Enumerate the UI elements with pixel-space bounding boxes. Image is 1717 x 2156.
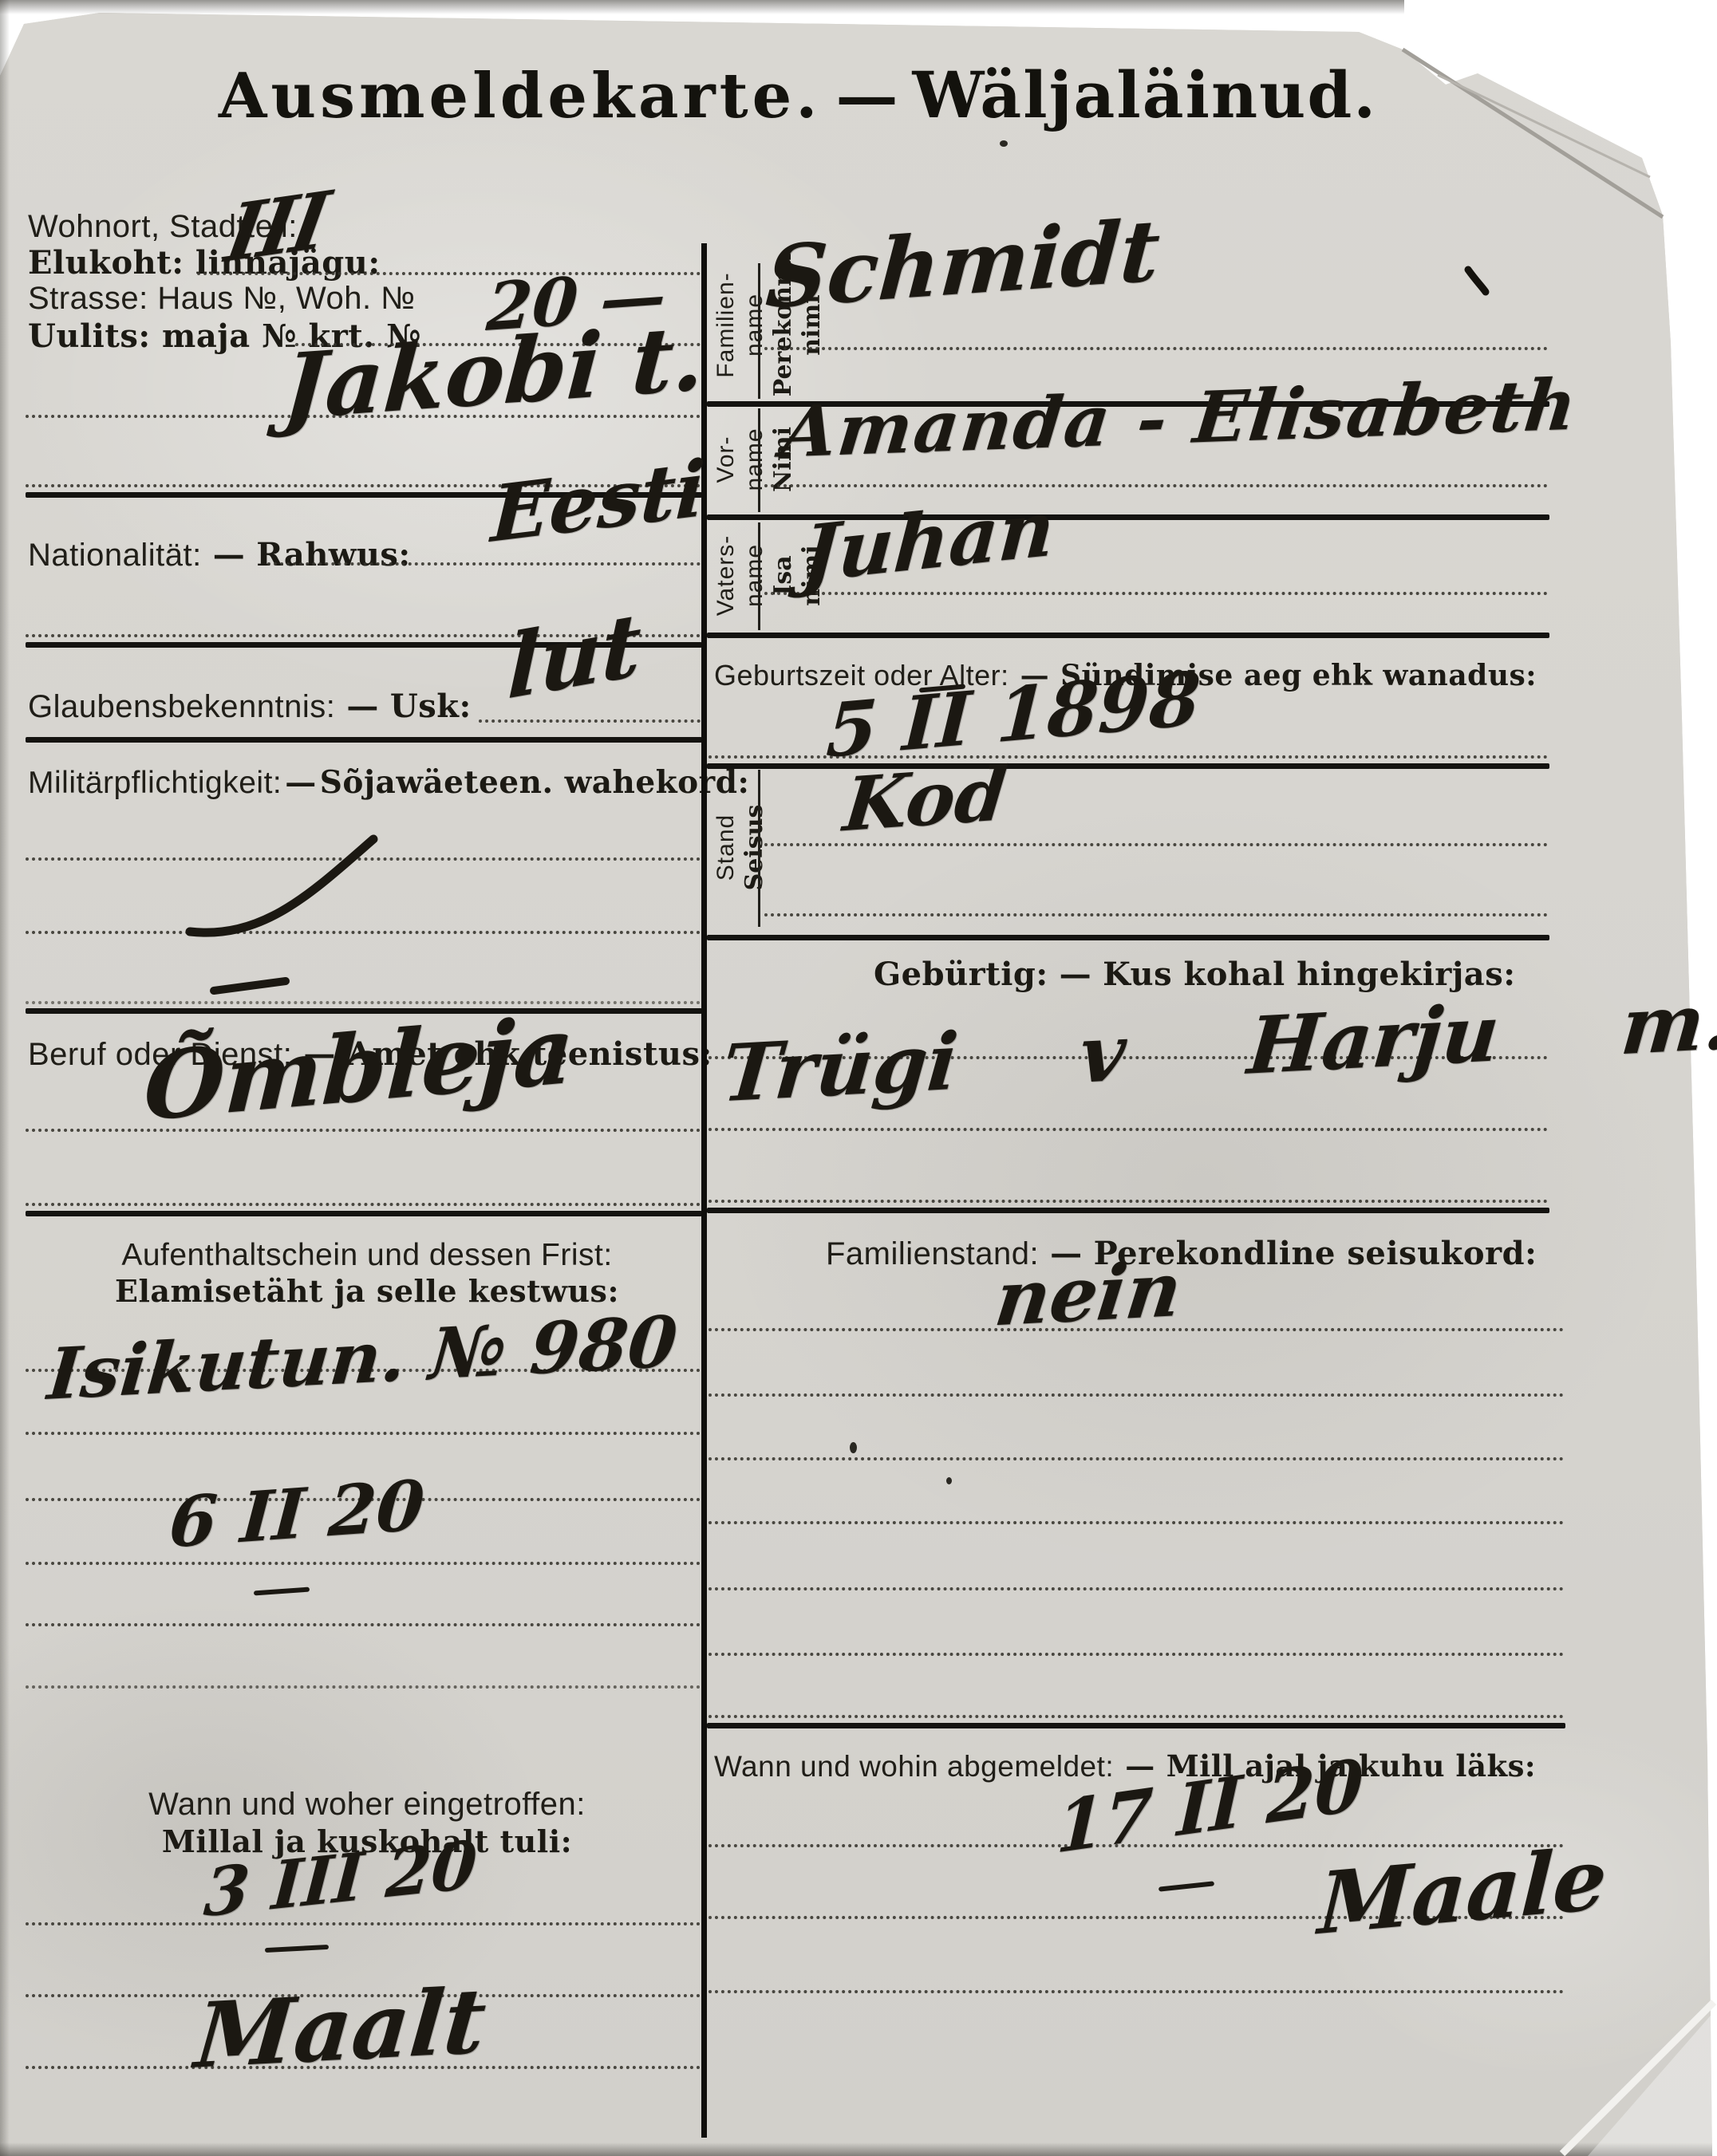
rule (758, 263, 760, 399)
arrival-label-de: Wann und woher eingetroffen: (80, 1787, 654, 1823)
rule (26, 1922, 701, 1925)
speck (1000, 140, 1008, 147)
title-estonian: Wäljaläinud. (912, 57, 1377, 132)
rule (26, 1432, 701, 1435)
rule (764, 484, 1548, 487)
rule (26, 1129, 701, 1132)
rule (709, 1200, 1548, 1203)
origin-label: Gebürtig:—Kus kohal hingekirjas: (874, 956, 1516, 993)
religion-label: Glaubensbekenntnis:—Usk: (28, 688, 472, 725)
rule (709, 1653, 1564, 1656)
rule (26, 1001, 701, 1004)
status-value-handwriting: Kod (840, 750, 1012, 848)
rule (764, 592, 1548, 595)
rule (758, 408, 760, 512)
rule (709, 1990, 1564, 1993)
residence-value-handwriting: III (219, 173, 333, 280)
military-label: Militärpflichtigkeit:—Sõjawäeteen. wahek… (28, 764, 749, 801)
permit-label-de: Aufenthaltschein und dessen Frist: (96, 1238, 638, 1273)
rule (758, 522, 760, 630)
rule (707, 935, 1549, 940)
permit-label-et: Elamisetäht ja selle kestwus: (96, 1273, 638, 1309)
rule (26, 1685, 701, 1689)
nationality-label: Nationalität:—Rahwus: (28, 536, 411, 573)
rule (26, 1623, 701, 1626)
rule (26, 857, 701, 861)
title-german: Ausmeldekarte. (219, 60, 822, 132)
rule (479, 719, 701, 723)
rule (26, 1008, 702, 1014)
top-edge-shadow (0, 0, 1404, 14)
rule (758, 770, 760, 927)
arrival-place-handwriting: Maalt (191, 1969, 489, 2089)
rule (26, 931, 701, 934)
rule (707, 1723, 1565, 1728)
rule (709, 1128, 1548, 1131)
rule (267, 562, 701, 566)
rule (764, 347, 1548, 350)
card-title: Ausmeldekarte.—Wäljaläinud. (207, 57, 1388, 132)
speck (850, 1442, 857, 1453)
rule (709, 1587, 1564, 1590)
registration-card-scan: Ausmeldekarte.—Wäljaläinud. Wohnort, Sta… (0, 0, 1717, 2156)
rule (707, 1208, 1549, 1213)
status-row-label: Stand Seisus (712, 766, 769, 929)
rule (26, 1562, 701, 1565)
residence-label-et: Elukoht: linnajägu: (28, 244, 381, 282)
family-status-value-handwriting: nein (990, 1245, 1186, 1343)
rule (764, 913, 1548, 916)
rule (709, 1521, 1564, 1524)
rule (26, 737, 702, 743)
rule (26, 1203, 701, 1206)
rule (709, 1393, 1564, 1397)
title-dash: — (821, 60, 912, 132)
rule (709, 1457, 1564, 1460)
rule (707, 633, 1549, 638)
street-label-de: Strasse: Haus №, Woh. № (28, 281, 416, 317)
speck (946, 1477, 952, 1484)
rule (26, 1211, 702, 1216)
rule (709, 1715, 1564, 1718)
